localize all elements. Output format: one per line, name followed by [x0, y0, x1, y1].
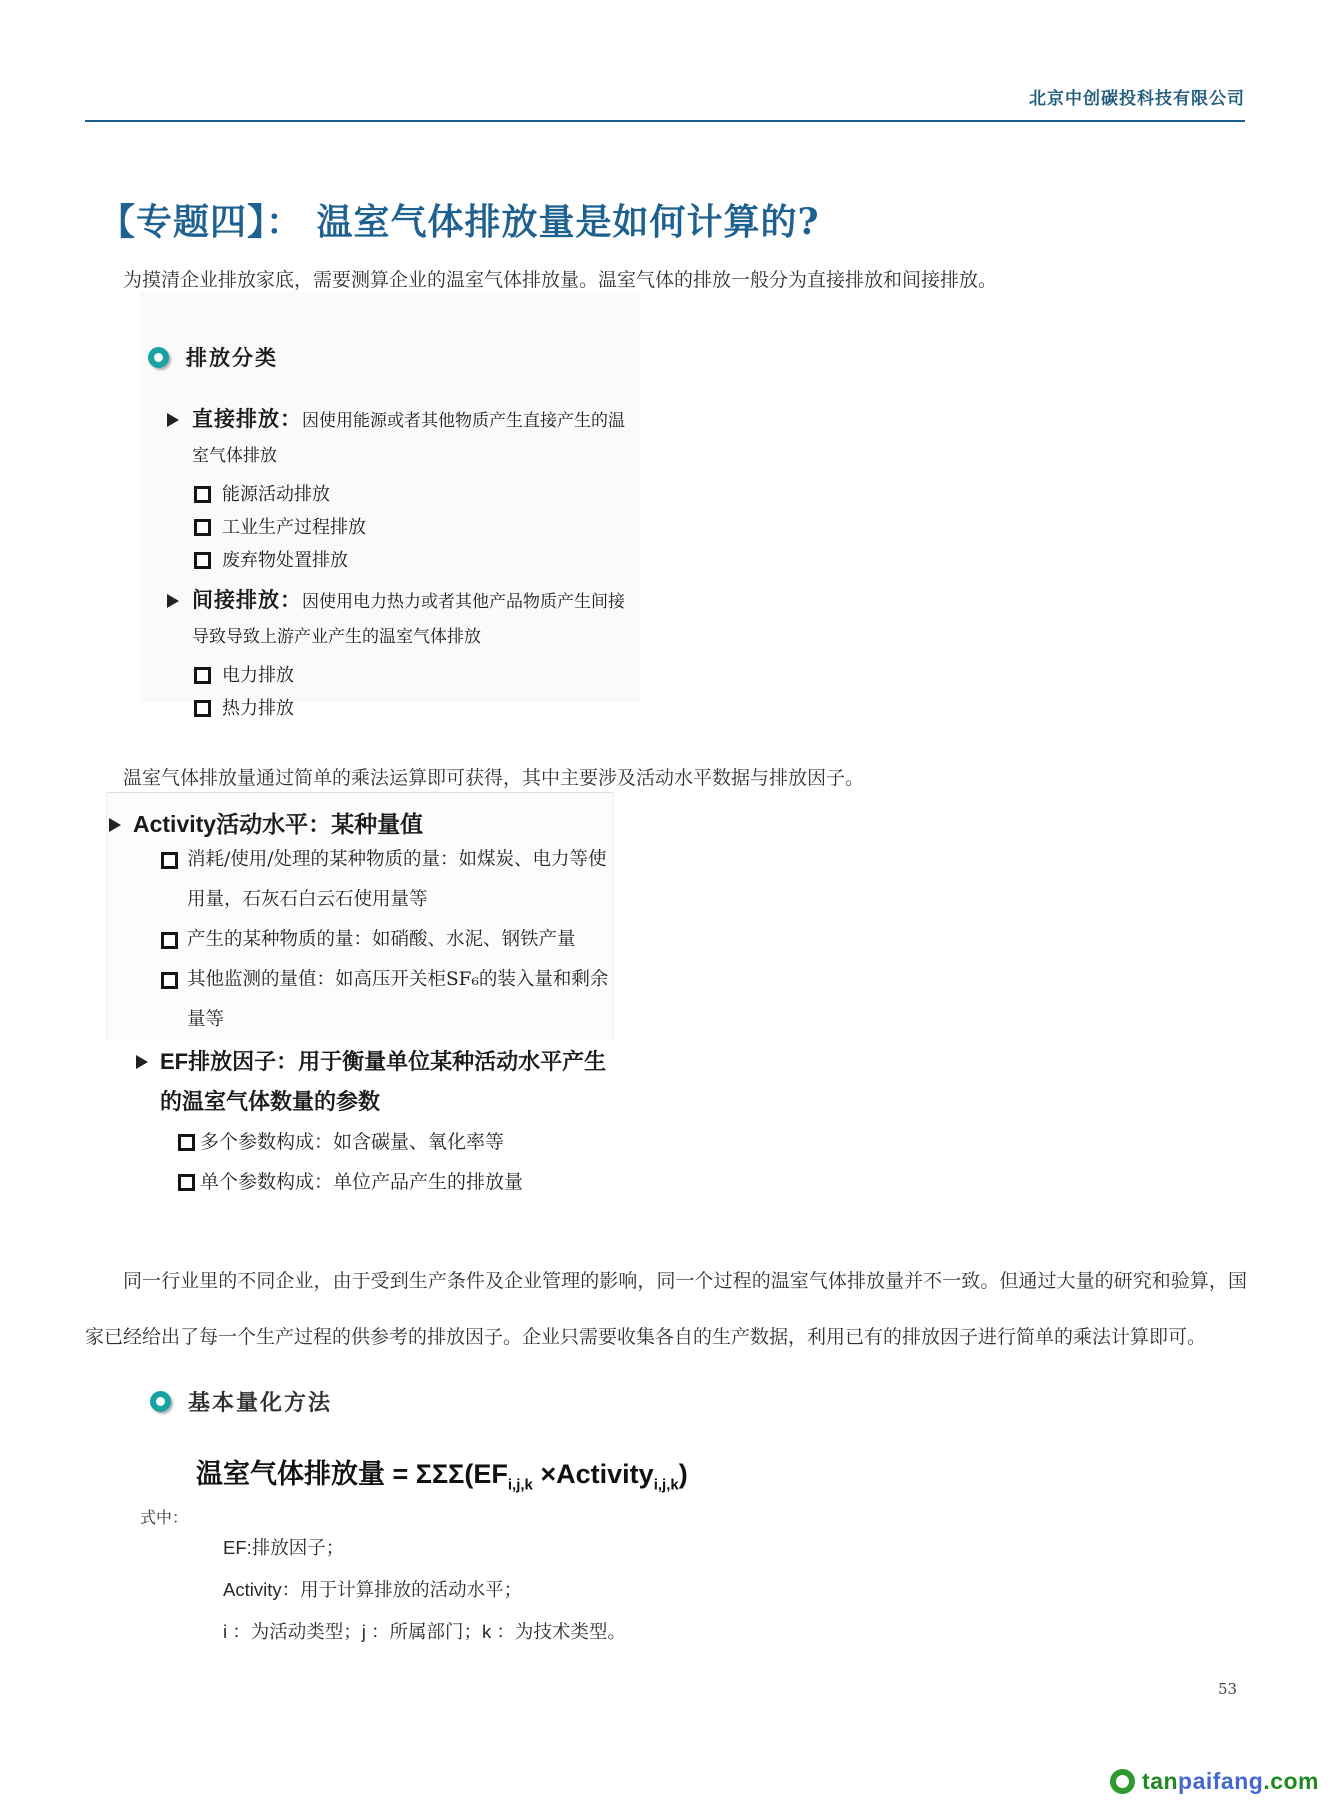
indirect-emission-label: 间接排放：: [192, 589, 302, 612]
logo-text-suffix: .com: [1263, 1768, 1319, 1795]
square-bullet-icon: [161, 932, 178, 949]
formula-definitions: EF:排放因子； Activity：用于计算排放的活动水平； i ：为活动类型；…: [223, 1527, 626, 1653]
arrow-bullet-icon: [167, 413, 179, 427]
formula-where-label: 式中：: [140, 1505, 188, 1528]
square-bullet-icon: [178, 1134, 195, 1151]
square-bullet-icon: [178, 1174, 195, 1191]
formula-lhs: 温室气体排放量 = ΣΣΣ(EF: [196, 1459, 508, 1489]
emission-classification-heading: 排放分类: [140, 292, 640, 372]
ef-item: 单个参数构成：单位产品产生的排放量: [178, 1162, 614, 1202]
logo-text-blue: paifang: [1178, 1768, 1263, 1795]
square-bullet-icon: [194, 552, 211, 569]
formula-subscript: i,j,k: [508, 1476, 533, 1493]
list-item-label: 热力排放: [222, 698, 294, 718]
square-bullet-icon: [161, 972, 178, 989]
ef-heading: EF排放因子：用于衡量单位某种活动水平产生的温室气体数量的参数: [136, 1042, 614, 1122]
activity-item: 其他监测的量值：如高压开关柜SF₆的装入量和剩余量等: [161, 960, 611, 1040]
square-bullet-icon: [194, 667, 211, 684]
activity-ef-figure: Activity活动水平：某种量值 消耗/使用/处理的某种物质的量：如煤炭、电力…: [106, 792, 614, 1202]
activity-heading-label: Activity活动水平：某种量值: [133, 811, 423, 837]
list-item-label: 能源活动排放: [222, 484, 330, 504]
tanpaifang-logo-icon: [1110, 1769, 1135, 1794]
arrow-bullet-icon: [109, 818, 121, 832]
activity-item: 消耗/使用/处理的某种物质的量：如煤炭、电力等使用量，石灰石白云石使用量等: [161, 840, 611, 920]
list-item: 工业生产过程排放: [194, 511, 640, 544]
emission-classification-figure: 排放分类 直接排放：因使用能源或者其他物质产生直接产生的温室气体排放 能源活动排…: [140, 292, 640, 702]
indirect-emission-item: 间接排放：因使用电力热力或者其他产品物质产生间接导致导致上游产业产生的温室气体排…: [140, 583, 640, 654]
activity-heading: Activity活动水平：某种量值: [107, 808, 611, 840]
method-heading-label: 基本量化方法: [188, 1386, 332, 1417]
square-bullet-icon: [194, 519, 211, 536]
formula-subscript: i,j,k: [654, 1476, 679, 1493]
square-bullet-icon: [161, 852, 178, 869]
formula-definition-ef: EF:排放因子；: [223, 1527, 626, 1569]
activity-item-label: 产生的某种物质的量：如硝酸、水泥、钢铁产量: [187, 929, 576, 950]
list-item: 电力排放: [194, 659, 640, 692]
middle-paragraph: 温室气体排放量通过简单的乘法运算即可获得，其中主要涉及活动水平数据与排放因子。: [85, 763, 1247, 793]
ef-heading-label: EF排放因子：用于衡量单位某种活动水平产生的温室气体数量的参数: [160, 1049, 606, 1114]
formula-mid: ×Activity: [533, 1459, 654, 1489]
ef-item-label: 单个参数构成：单位产品产生的排放量: [200, 1171, 523, 1193]
direct-emission-item: 直接排放：因使用能源或者其他物质产生直接产生的温室气体排放: [140, 402, 640, 473]
square-bullet-icon: [194, 700, 211, 717]
header-divider: [85, 120, 1245, 122]
ef-item-label: 多个参数构成：如含碳量、氧化率等: [200, 1131, 504, 1153]
direct-emission-label: 直接排放：: [192, 408, 302, 431]
discussion-paragraph: 同一行业里的不同企业，由于受到生产条件及企业管理的影响，同一个过程的温室气体排放…: [85, 1253, 1247, 1365]
arrow-bullet-icon: [136, 1055, 148, 1069]
ef-item: 多个参数构成：如含碳量、氧化率等: [178, 1122, 614, 1162]
ef-section: EF排放因子：用于衡量单位某种活动水平产生的温室气体数量的参数 多个参数构成：如…: [106, 1042, 614, 1202]
section-heading-label: 排放分类: [186, 342, 278, 372]
list-item-label: 废弃物处置排放: [222, 550, 348, 570]
list-item: 热力排放: [194, 692, 640, 725]
activity-box: Activity活动水平：某种量值 消耗/使用/处理的某种物质的量：如煤炭、电力…: [106, 792, 614, 1040]
formula-definition-indices: i ：为活动类型；j ：所属部门；k ：为技术类型。: [223, 1611, 626, 1653]
document-page: 北京中创碳投科技有限公司 【专题四】： 温室气体排放量是如何计算的? 为摸清企业…: [0, 0, 1331, 1806]
logo-text-green: tan: [1142, 1768, 1178, 1795]
ghg-formula: 温室气体排放量 = ΣΣΣ(EFi,j,k ×Activityi,j,k): [196, 1452, 688, 1493]
list-item-label: 电力排放: [222, 665, 294, 685]
activity-item-label: 其他监测的量值：如高压开关柜SF₆的装入量和剩余量等: [187, 969, 608, 1030]
page-title: 【专题四】： 温室气体排放量是如何计算的?: [99, 194, 820, 245]
activity-item: 产生的某种物质的量：如硝酸、水泥、钢铁产量: [161, 920, 611, 960]
donut-bullet-icon: [148, 347, 169, 368]
page-number: 53: [1218, 1680, 1237, 1698]
list-item: 能源活动排放: [194, 478, 640, 511]
list-item: 废弃物处置排放: [194, 544, 640, 577]
square-bullet-icon: [194, 486, 211, 503]
activity-item-label: 消耗/使用/处理的某种物质的量：如煤炭、电力等使用量，石灰石白云石使用量等: [187, 849, 606, 910]
donut-bullet-icon: [150, 1391, 171, 1412]
arrow-bullet-icon: [167, 594, 179, 608]
intro-paragraph: 为摸清企业排放家底，需要测算企业的温室气体排放量。温室气体的排放一般分为直接排放…: [85, 265, 1247, 295]
formula-end: ): [679, 1459, 688, 1489]
header-company-name: 北京中创碳投科技有限公司: [1029, 84, 1245, 109]
formula-definition-activity: Activity：用于计算排放的活动水平；: [223, 1569, 626, 1611]
tanpaifang-watermark: tanpaifang.com: [1110, 1768, 1319, 1795]
list-item-label: 工业生产过程排放: [222, 517, 366, 537]
method-heading: 基本量化方法: [150, 1386, 332, 1417]
